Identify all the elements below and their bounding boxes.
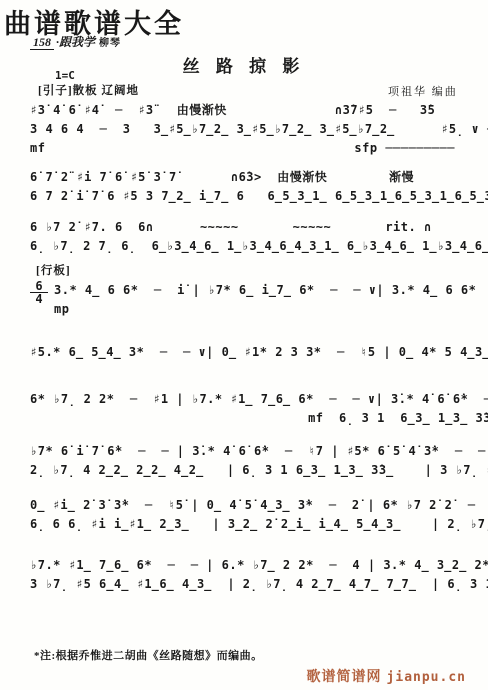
watermark-site-name: 歌谱简谱网 [307,670,382,685]
notation-row: 3 4 6 4 ─ 3 3̲♯5̲♭7̲2̲ 3̲♯5̲♭7̲2̲ 3̲♯5̲♭… [30,120,482,139]
dynamics-row: mp [54,300,482,319]
book-series-title: ·跟我学 [56,35,95,49]
score-system-7: ♭7* 6̇ i̇ 7̇ 6̇* ─ ─ | 3̇.* 4̇ 6̇ 6̇* ─ … [30,442,482,480]
arranger-credit: 项祖华 编曲 [388,83,458,99]
andante-section-label: [行板] [36,262,482,278]
page-number: 158 [30,35,54,50]
dynamics-row: mf sfp ───────── [30,139,482,158]
score-system-8: 0̲ ♯i̲ 2̇ 3̇ 3̇* ─ ♮5̇ | 0̲ 4̇ 5̇ 4̲3̲ 3… [30,496,482,534]
notation-row: 0̲ ♯i̲ 2̇ 3̇ 3̇* ─ ♮5̇ | 0̲ 4̇ 5̇ 4̲3̲ 3… [30,496,482,515]
notation-row: ♭7* 6̇ i̇ 7̇ 6̇* ─ ─ | 3̇.* 4̇ 6̇ 6̇* ─ … [30,442,482,461]
time-signature: 6 4 [30,281,48,304]
notation-row: 6̇ 7̇ 2̈ ♯i 7̇ 6̇ ♯5̇ 3̇ 7̇ ∩6̇3> 由慢渐快 渐… [30,168,482,187]
arrangement-footnote: *注:根据乔惟进二胡曲《丝路随想》而编曲。 [34,647,263,663]
notation-row: mf 6̣ 3 1 6̲3̲ 1̲3̲ 3̇3̲ [30,409,482,428]
score-system-4: 6 4 3.* 4̲ 6 6* ─ i̇ | ♭7* 6̲ i̲7̲ 6* ─ … [30,281,482,319]
score-system-5: ♯5.* 6̲ 5̲4̲ 3* ─ ─ ∨| 0̲ ♯1* 2 3 3* ─ ♮… [30,343,482,362]
notation-row: 3 ♭7̣ ♯5 6̲4̲ ♯1̲6̲ 4̲3̲ | 2̣ ♭7̣ 4 2̲7̲… [30,575,482,594]
notation-row: 6* ♭7̣ 2 2* ─ ♯1 | ♭7.* ♯1̲ 7̲6̲ 6* ─ ─ … [30,390,482,409]
notation-row: ♯3̇ 4̇ 6̇ ♯4̇ ─ ♯3̈ 由慢渐快 ∩3̇7♯5 ─ 3̇5 [30,101,482,120]
site-watermark: 歌谱简谱网jianpu.cn [307,666,466,686]
page-reference: 158·跟我学柳琴 [30,33,121,50]
notation-row: 6 7 2̇ i̇ 7̇ 6 ♯5 3 7̲2̲ i̲7̲ 6 6̲5̲3̲1̲… [30,187,482,206]
watermark-site-url: jianpu.cn [387,670,466,685]
notation-row: 6 ♭7 2̇ ♯7. 6 6∩ ~~~~~ ~~~~~ rit. ∩ [30,218,482,237]
score-body: ♯3̇ 4̇ 6̇ ♯4̇ ─ ♯3̈ 由慢渐快 ∩3̇7♯5 ─ 3̇5 3 … [30,101,482,594]
score-system-1: ♯3̇ 4̇ 6̇ ♯4̇ ─ ♯3̈ 由慢渐快 ∩3̇7♯5 ─ 3̇5 3 … [30,101,482,158]
score-system-3: 6 ♭7 2̇ ♯7. 6 6∩ ~~~~~ ~~~~~ rit. ∩ 6̣ ♭… [30,218,482,256]
notation-row: 2̣ ♭7̣ 4 2̲2̲ 2̲2̲ 4̲2̲ | 6̣ 3 1 6̲3̲ 1̲… [30,461,482,480]
score-system-2: 6̇ 7̇ 2̈ ♯i 7̇ 6̇ ♯5̇ 3̇ 7̇ ∩6̇3> 由慢渐快 渐… [30,168,482,206]
score-system-6: 6* ♭7̣ 2 2* ─ ♯1 | ♭7.* ♯1̲ 7̲6̲ 6* ─ ─ … [30,390,482,428]
notation-row: 6̣ ♭7̣ 2 7̣ 6̣ 6̲♭3̲4̲6̲ 1̲♭3̲4̲6̲4̲3̲1̲… [30,237,482,256]
score-system-9: ♭7.* ♯1̲ 7̲6̲ 6* ─ ─ | 6.* ♭7̲ 2 2* ─ 4 … [30,556,482,594]
notation-row: 6̣ 6 6̣ ♯i i̲♯1̲ 2̲3̲ | 3̲2̲ 2̇ 2̲i̲ i̲4… [30,515,482,534]
time-signature-denominator: 4 [30,294,48,304]
notation-row: ♭7.* ♯1̲ 7̲6̲ 6* ─ ─ | 6.* ♭7̲ 2 2* ─ 4 … [30,556,482,575]
key-signature: 1=C [55,69,75,82]
notation-row: 3.* 4̲ 6 6* ─ i̇ | ♭7* 6̲ i̲7̲ 6* ─ ─ ∨|… [54,281,482,300]
intro-section-label: [引子]散板 辽阔地 [38,82,139,98]
instrument-label: 柳琴 [99,38,121,49]
notation-row: ♯5.* 6̲ 5̲4̲ 3* ─ ─ ∨| 0̲ ♯1* 2 3 3* ─ ♮… [30,343,482,362]
